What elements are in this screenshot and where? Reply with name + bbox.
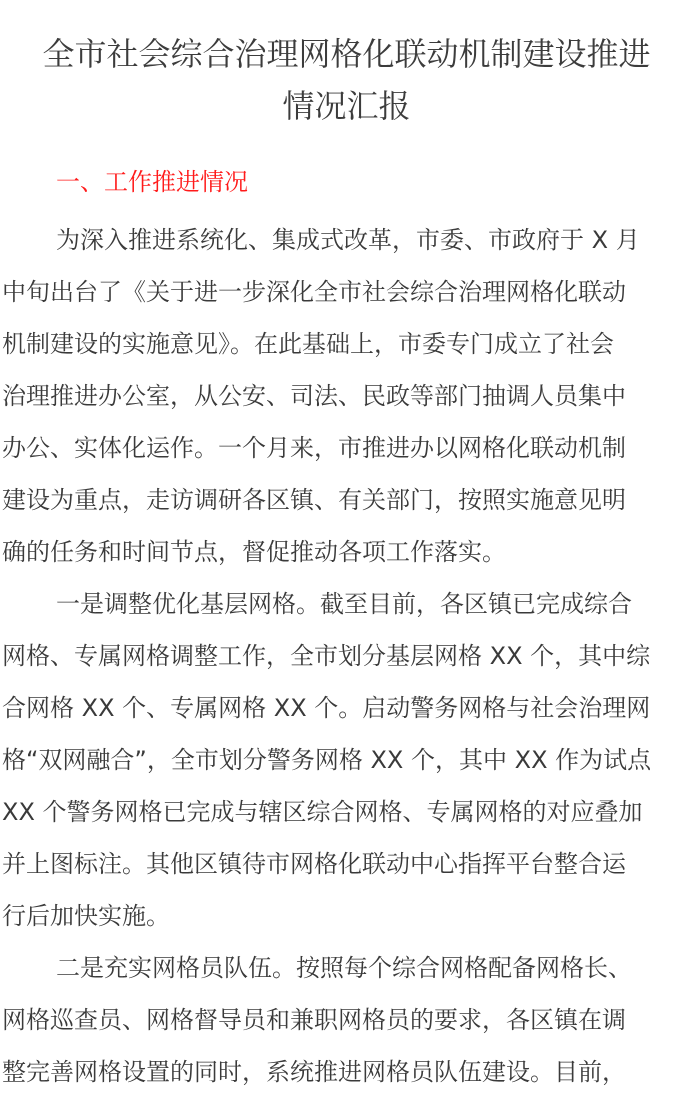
text-line: 一是调整优化基层网格。截至目前，各区镇已完成综合: [2, 578, 692, 630]
text-line: 中旬出台了《关于进一步深化全市社会综合治理网格化联动: [2, 266, 692, 318]
text-line: 二是充实网格员队伍。按照每个综合网格配备网格长、: [2, 942, 692, 994]
text-line: 行后加快实施。: [2, 890, 692, 942]
title-line-2: 情况汇报: [0, 80, 693, 132]
text-line: 合网格 XX 个、专属网格 XX 个。启动警务网格与社会治理网: [2, 682, 692, 734]
text-line: 网格巡查员、网格督导员和兼职网格员的要求，各区镇在调: [2, 994, 692, 1046]
text-line: 确的任务和时间节点，督促推动各项工作落实。: [2, 526, 692, 578]
text-line: 网格、专属网格调整工作，全市划分基层网格 XX 个，其中综: [2, 630, 692, 682]
text-line: 为深入推进系统化、集成式改革，市委、市政府于 X 月: [2, 214, 692, 266]
section-heading: 一、工作推进情况: [56, 162, 248, 202]
text-line: 办公、实体化运作。一个月来，市推进办以网格化联动机制: [2, 422, 692, 474]
document-body: 为深入推进系统化、集成式改革，市委、市政府于 X 月 中旬出台了《关于进一步深化…: [2, 214, 692, 1097]
text-line: 治理推进办公室，从公安、司法、民政等部门抽调人员集中: [2, 370, 692, 422]
paragraph-intro: 为深入推进系统化、集成式改革，市委、市政府于 X 月 中旬出台了《关于进一步深化…: [2, 214, 692, 578]
text-line: 格“双网融合”，全市划分警务网格 XX 个，其中 XX 作为试点: [2, 734, 692, 786]
text-line: XX 个警务网格已完成与辖区综合网格、专属网格的对应叠加: [2, 786, 692, 838]
text-line: 机制建设的实施意见》。在此基础上，市委专门成立了社会: [2, 318, 692, 370]
text-line: 整完善网格设置的同时，系统推进网格员队伍建设。目前，: [2, 1046, 692, 1097]
document-title: 全市社会综合治理网格化联动机制建设推进 情况汇报: [0, 28, 693, 132]
text-line: 建设为重点，走访调研各区镇、有关部门，按照实施意见明: [2, 474, 692, 526]
paragraph-grid-staff: 二是充实网格员队伍。按照每个综合网格配备网格长、 网格巡查员、网格督导员和兼职网…: [2, 942, 692, 1097]
paragraph-grid-optimization: 一是调整优化基层网格。截至目前，各区镇已完成综合 网格、专属网格调整工作，全市划…: [2, 578, 692, 942]
text-line: 并上图标注。其他区镇待市网格化联动中心指挥平台整合运: [2, 838, 692, 890]
title-line-1: 全市社会综合治理网格化联动机制建设推进: [0, 28, 693, 80]
